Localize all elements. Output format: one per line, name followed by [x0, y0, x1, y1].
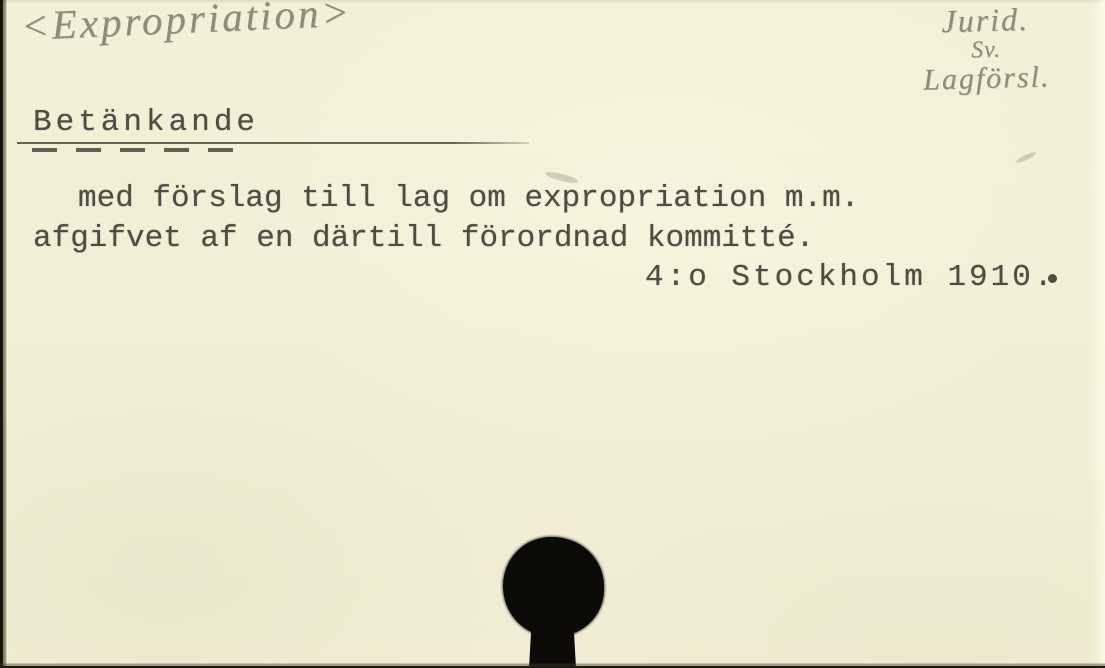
- card-title: Betänkande: [33, 107, 259, 138]
- card-top-edge: [0, 0, 1105, 4]
- title-dashed-underline: [32, 148, 246, 152]
- catalog-card: <Expropriation> Jurid. Sv. Lagförsl. Bet…: [0, 0, 1105, 668]
- ink-speck: [1048, 274, 1057, 283]
- card-right-edge: [1091, 0, 1105, 668]
- body-line-2: afgifvet af en därtill förordnad kommitt…: [33, 223, 814, 254]
- handwritten-subject-annotation: <Expropriation>: [20, 0, 353, 50]
- card-left-edge-shadow: [0, 0, 7, 668]
- classification-line-2: Sv.: [881, 35, 1092, 64]
- title-underline-rule: [17, 142, 529, 144]
- classification-line-3: Lagförsl.: [881, 61, 1092, 96]
- card-bottom-edge-shadow: [0, 663, 1105, 668]
- classification-block: Jurid. Sv. Lagförsl.: [880, 1, 1092, 96]
- punch-hole-slot: [529, 618, 576, 668]
- imprint-line: 4:o Stockholm 1910.: [645, 262, 1055, 293]
- classification-line-1: Jurid.: [880, 1, 1091, 38]
- pencil-smudge: [1015, 151, 1037, 165]
- body-line-1: med förslag till lag om expropriation m.…: [78, 183, 859, 214]
